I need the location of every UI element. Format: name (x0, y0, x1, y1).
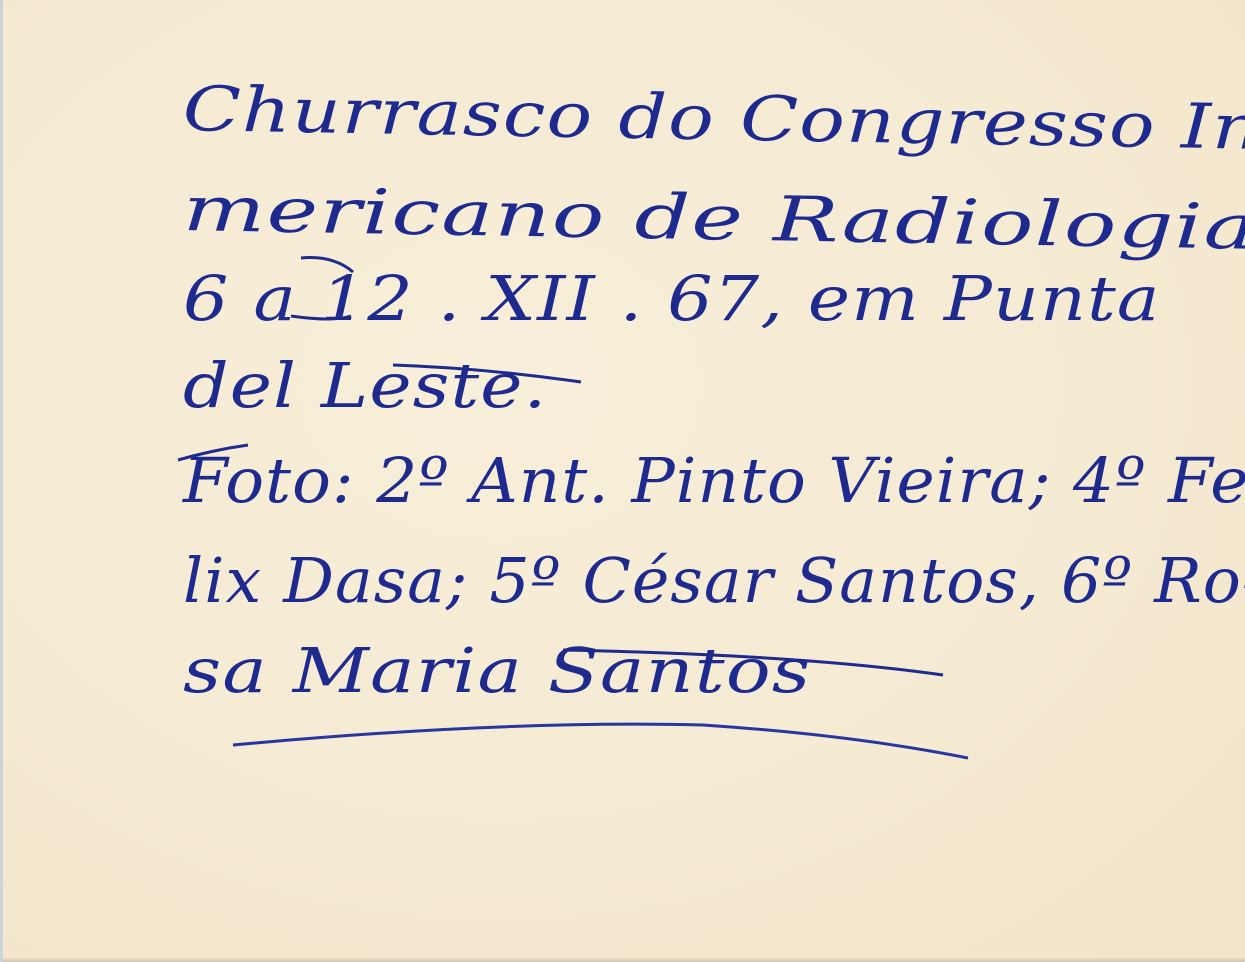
card-bottom-edge (3, 958, 1245, 962)
text-line-4: del Leste. (183, 355, 547, 417)
text-line-2: mericano de Radiologia (182, 178, 1245, 259)
text-line-1: Churrasco do Congresso Intera- (182, 78, 1245, 162)
bottom-underline (233, 724, 968, 758)
handwritten-card: Churrasco do Congresso Intera- mericano … (0, 0, 1245, 962)
text-line-6: lix Dasa; 5º César Santos, 6º Ro- (183, 550, 1245, 612)
text-line-3: 6 a 12 . XII . 67, em Punta (183, 268, 1161, 330)
text-line-7: sa Maria Santos (183, 640, 811, 702)
text-line-5: Foto: 2º Ant. Pinto Vieira; 4º Fe- (183, 450, 1245, 512)
